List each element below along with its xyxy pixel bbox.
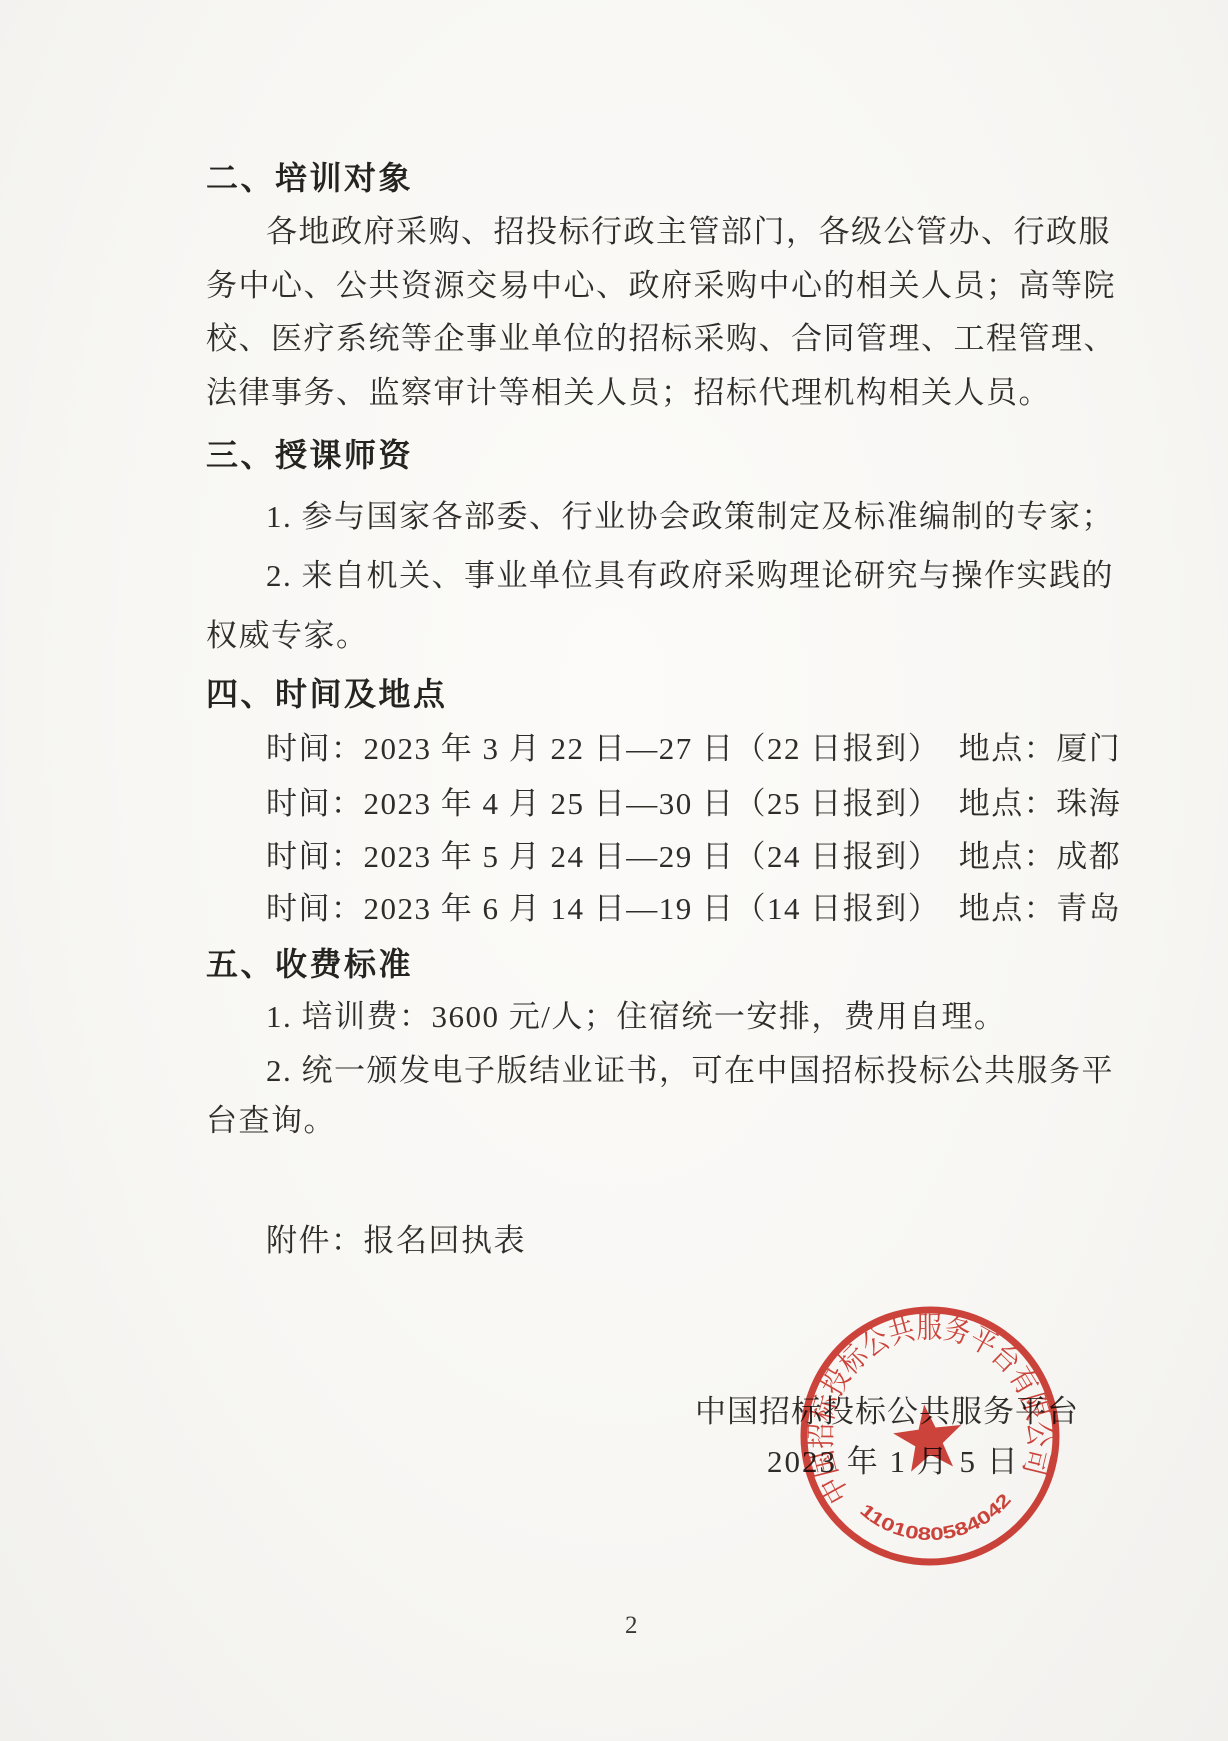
schedule-line: 时间：2023 年 5 月 24 日—29 日（24 日报到） 地点：成都	[266, 839, 1121, 875]
seal-company-arc-text: 中国招标投标公共服务平台有限公司	[790, 1297, 1062, 1511]
section-heading-4-time-location: 四、时间及地点	[206, 676, 448, 712]
section-heading-5-fees: 五、收费标准	[206, 946, 413, 982]
paragraph-line: 权威专家。	[206, 618, 369, 654]
document-page: 二、培训对象 各地政府采购、招投标行政主管部门，各级公管办、行政服 务中心、公共…	[0, 0, 1228, 1741]
paragraph-line: 1. 参与国家各部委、行业协会政策制定及标准编制的专家；	[266, 499, 1114, 535]
section-heading-2-training-audience: 二、培训对象	[206, 160, 413, 196]
star-icon	[890, 1400, 966, 1473]
paragraph-line: 法律事务、监察审计等相关人员；招标代理机构相关人员。	[206, 375, 1051, 411]
official-seal: 中国招标投标公共服务平台有限公司 1101080584042	[768, 1274, 1092, 1598]
paragraph-line: 校、医疗系统等企事业单位的招标采购、合同管理、工程管理、	[206, 321, 1116, 357]
page-number: 2	[625, 1612, 638, 1640]
paragraph-line: 1. 培训费：3600 元/人；住宿统一安排，费用自理。	[266, 999, 1006, 1035]
attachment-note: 附件：报名回执表	[266, 1223, 526, 1259]
schedule-line: 时间：2023 年 4 月 25 日—30 日（25 日报到） 地点：珠海	[266, 786, 1121, 822]
paragraph-line: 台查询。	[206, 1103, 336, 1139]
paragraph-line: 务中心、公共资源交易中心、政府采购中心的相关人员；高等院	[206, 268, 1116, 304]
paragraph-line: 各地政府采购、招投标行政主管部门，各级公管办、行政服	[266, 214, 1111, 250]
schedule-line: 时间：2023 年 3 月 22 日—27 日（22 日报到） 地点：厦门	[266, 731, 1121, 767]
section-heading-3-faculty: 三、授课师资	[206, 437, 413, 473]
paragraph-line: 2. 统一颁发电子版结业证书，可在中国招标投标公共服务平	[266, 1053, 1114, 1089]
schedule-line: 时间：2023 年 6 月 14 日—19 日（14 日报到） 地点：青岛	[266, 891, 1121, 927]
paragraph-line: 2. 来自机关、事业单位具有政府采购理论研究与操作实践的	[266, 558, 1114, 594]
